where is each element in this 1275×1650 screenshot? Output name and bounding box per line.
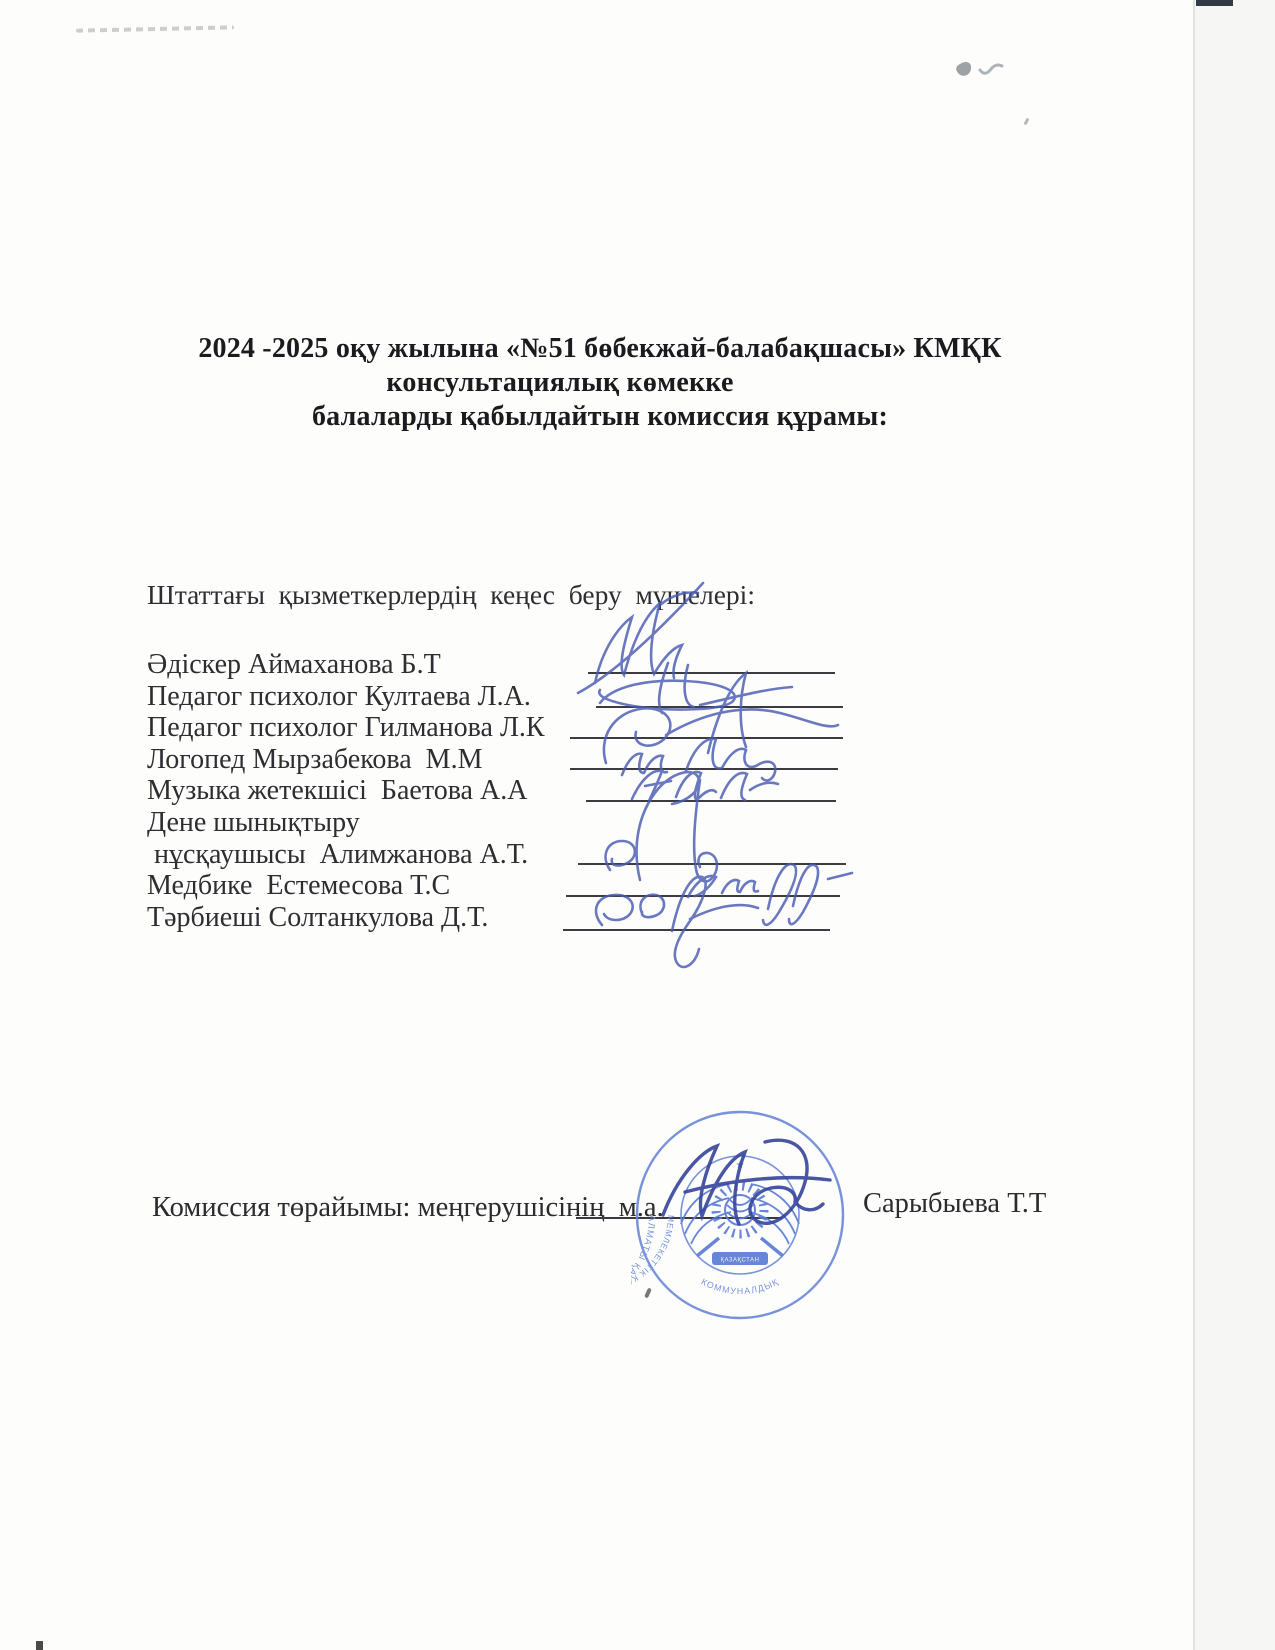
chair-signature-ink: [645, 1120, 855, 1250]
signature-ink: [722, 880, 758, 893]
page-edge-strip: [1195, 0, 1275, 1650]
signature-ink: [795, 1202, 823, 1210]
signature-ink: [596, 895, 633, 925]
signature-ink: [672, 877, 706, 967]
staff-roster: Әдіскер Аймаханова Б.Т Педагог психолог …: [147, 649, 545, 933]
signature-ink: [666, 709, 838, 735]
signature-ink: [685, 1178, 830, 1192]
pen-check-mark: [952, 56, 1012, 86]
scan-speck: [36, 1641, 43, 1650]
title-line: консультациялық көмекке: [0, 366, 1160, 400]
signature-ink: [599, 681, 735, 710]
scan-smudge: [76, 25, 234, 32]
document-title: 2024 -2025 оқу жылына «№51 бөбекжай-бала…: [0, 332, 1200, 434]
scanned-document-page: 2024 -2025 оқу жылына «№51 бөбекжай-бала…: [0, 0, 1275, 1650]
scan-corner-bar: [1196, 0, 1233, 6]
roster-row: Дене шынықтыру: [147, 807, 545, 839]
signature-ink: [637, 772, 699, 880]
title-line: балаларды қабылдайтын комиссия құрамы:: [0, 400, 1200, 434]
pen-speck: [1024, 118, 1030, 126]
emblem-banner-text: ҚАЗАҚСТАН: [721, 1258, 760, 1264]
signature-ink: [595, 603, 682, 683]
signature-ink: [750, 1140, 807, 1223]
signature-ink: [694, 780, 717, 881]
roster-row: Әдіскер Аймаханова Б.Т: [147, 649, 545, 681]
roster-row: Логопед Мырзабекова М.М: [147, 744, 545, 776]
signature-ink: [789, 865, 852, 924]
stamp-bottom-text: КОММУНАЛДЫҚ: [700, 1276, 781, 1296]
commission-chair-name: Сарыбыева Т.Т: [863, 1188, 1046, 1220]
roster-row: Тәрбиеші Солтанкулова Д.Т.: [147, 902, 545, 934]
signature-ink: [721, 773, 778, 800]
signature-ink: [606, 841, 635, 870]
roster-row: нұсқаушысы Алимжанова А.Т.: [147, 839, 545, 871]
roster-row: Медбике Естемесова Т.С: [147, 870, 545, 902]
roster-row: Педагог психолог Култаева Л.А.: [147, 681, 545, 713]
page-edge-shadow: [1193, 0, 1195, 1650]
roster-row: Педагог психолог Гилманова Л.К: [147, 712, 545, 744]
title-line: 2024 -2025 оқу жылына «№51 бөбекжай-бала…: [0, 332, 1200, 366]
handwritten-signatures: [540, 575, 880, 975]
signature-ink: [763, 864, 796, 925]
signature-ink: [640, 895, 664, 917]
commission-chair-label: Комиссия төрайымы: меңгерушісінің м.а.: [152, 1192, 664, 1224]
signature-ink: [690, 905, 758, 919]
signature-ink: [663, 1146, 745, 1224]
roster-row: Музыка жетекшісі Баетова А.А: [147, 775, 545, 807]
